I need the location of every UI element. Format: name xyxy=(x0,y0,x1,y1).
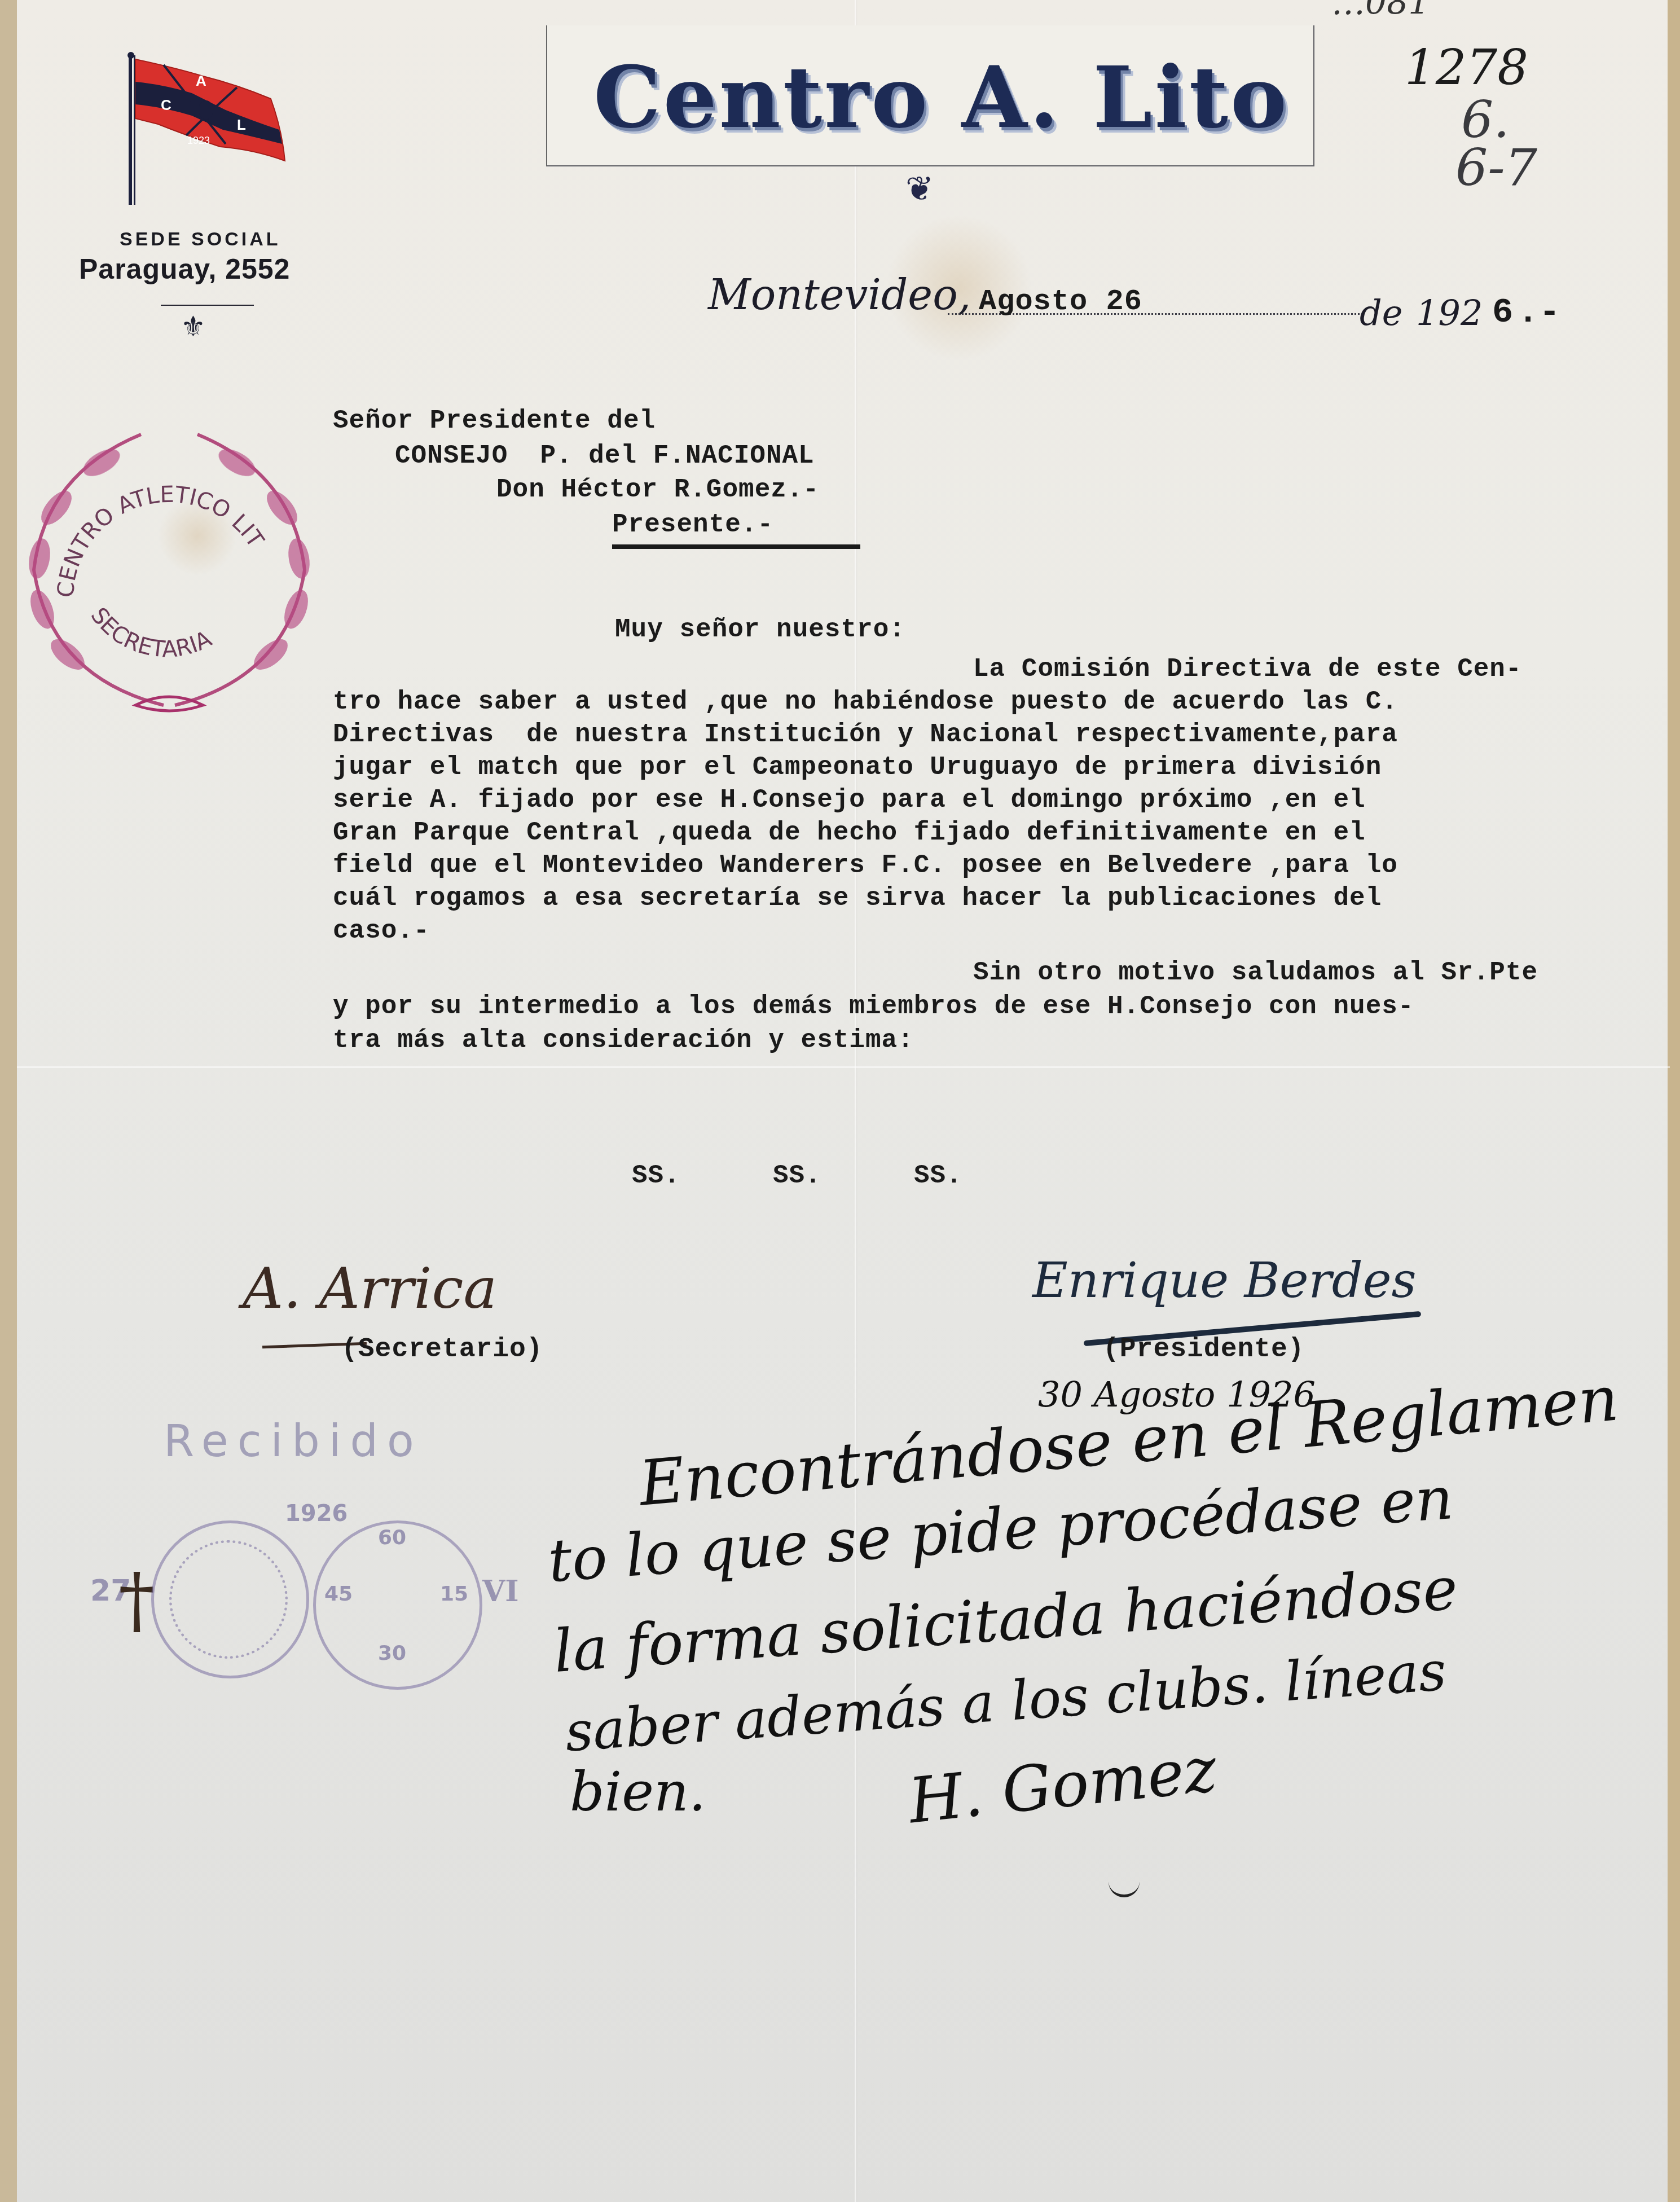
body-line: tro hace saber a usted ,que no habiéndos… xyxy=(333,687,1398,717)
dateline-year-digit: 6 xyxy=(1492,292,1514,332)
closing-ss: SS. xyxy=(914,1161,962,1190)
hour-dial-inner xyxy=(169,1540,288,1659)
stamp-year: 1926 xyxy=(285,1501,348,1527)
recipient-line-presente: Presente.- xyxy=(612,510,773,539)
svg-text:L: L xyxy=(237,116,246,133)
paper-edge-left xyxy=(0,0,17,2202)
president-signature: Enrique Berdes xyxy=(1032,1252,1417,1309)
fleuron-ornament-icon: ⚜ xyxy=(181,310,206,343)
body-line: caso.- xyxy=(333,916,430,946)
letterhead-title-box: Centro A. Lito xyxy=(546,25,1314,166)
president-role: (Presidente) xyxy=(1103,1334,1305,1365)
horizontal-fold-crease xyxy=(17,1066,1670,1068)
svg-text:SECRETARIA: SECRETARIA xyxy=(86,603,216,663)
cut-archive-number: …081 xyxy=(1331,0,1430,23)
handwritten-note-line: bien. xyxy=(570,1760,706,1823)
minute-mark: 60 xyxy=(378,1526,406,1549)
body-line: La Comisión Directiva de este Cen- xyxy=(973,654,1522,684)
received-stamp-label: Recibido xyxy=(164,1416,423,1467)
body-line: Directivas de nuestra Institución y Naci… xyxy=(333,720,1398,749)
archive-number-pencil: 1278 xyxy=(1405,39,1528,96)
body-line: cuál rogamos a esa secretaría se sirva h… xyxy=(333,884,1382,913)
recipient-line: CONSEJO P. del F.NACIONAL xyxy=(395,441,815,471)
body-line: Sin otro motivo saludamos al Sr.Pte xyxy=(973,958,1538,987)
stamp-hour-roman: VI xyxy=(482,1574,519,1608)
handwritten-mark: † xyxy=(118,1557,155,1643)
divider xyxy=(161,305,254,306)
body-line: Gran Parque Central ,queda de hecho fija… xyxy=(333,818,1366,847)
paper-edge-right xyxy=(1668,0,1680,2202)
secretary-signature: A. Arrica xyxy=(243,1255,497,1321)
body-line: serie A. fijado por ese H.Consejo para e… xyxy=(333,785,1366,815)
body-line: field que el Montevideo Wanderers F.C. p… xyxy=(333,851,1398,880)
archive-number-pencil: 6-7 xyxy=(1455,138,1537,197)
vertical-fold-crease xyxy=(855,0,856,2202)
body-line: tra más alta consideración y estima: xyxy=(333,1026,914,1055)
svg-text:A: A xyxy=(196,72,206,89)
presente-underline xyxy=(612,544,860,549)
closing-ss: SS. xyxy=(632,1161,680,1190)
minute-mark: 15 xyxy=(440,1583,468,1606)
title-ornament-icon: ❦ xyxy=(905,169,934,209)
minute-mark: 45 xyxy=(324,1583,353,1606)
svg-text:C: C xyxy=(161,96,171,113)
closing-ss: SS. xyxy=(773,1161,821,1190)
letterhead-title: Centro A. Lito xyxy=(593,48,1289,147)
salutation: Muy señor nuestro: xyxy=(615,615,905,644)
dateline-suffix: .- xyxy=(1518,292,1560,332)
recipient-line: Señor Presidente del xyxy=(333,406,656,436)
dateline-place: Montevideo, xyxy=(708,271,971,319)
club-flag-icon: A C L 1923 xyxy=(124,51,293,209)
body-line: y por su intermedio a los demás miembros… xyxy=(333,992,1414,1021)
secretaria-seal-stamp: CENTRO ATLETICO LITO SECRETARIA xyxy=(6,412,333,739)
secretary-role: (Secretario) xyxy=(341,1334,543,1365)
recipient-line: Don Héctor R.Gomez.- xyxy=(496,475,819,504)
sede-social-label: SEDE SOCIAL xyxy=(120,228,280,250)
svg-text:1923: 1923 xyxy=(187,135,210,146)
dateline-year-prefix: 192 xyxy=(1416,292,1483,333)
minute-mark: 30 xyxy=(378,1642,406,1665)
dateline-de: de xyxy=(1360,292,1402,333)
sede-address: Paraguay, 2552 xyxy=(79,253,290,285)
body-line: jugar el match que por el Campeonato Uru… xyxy=(333,753,1382,782)
dateline-month-day: Agosto 26 xyxy=(979,285,1142,318)
